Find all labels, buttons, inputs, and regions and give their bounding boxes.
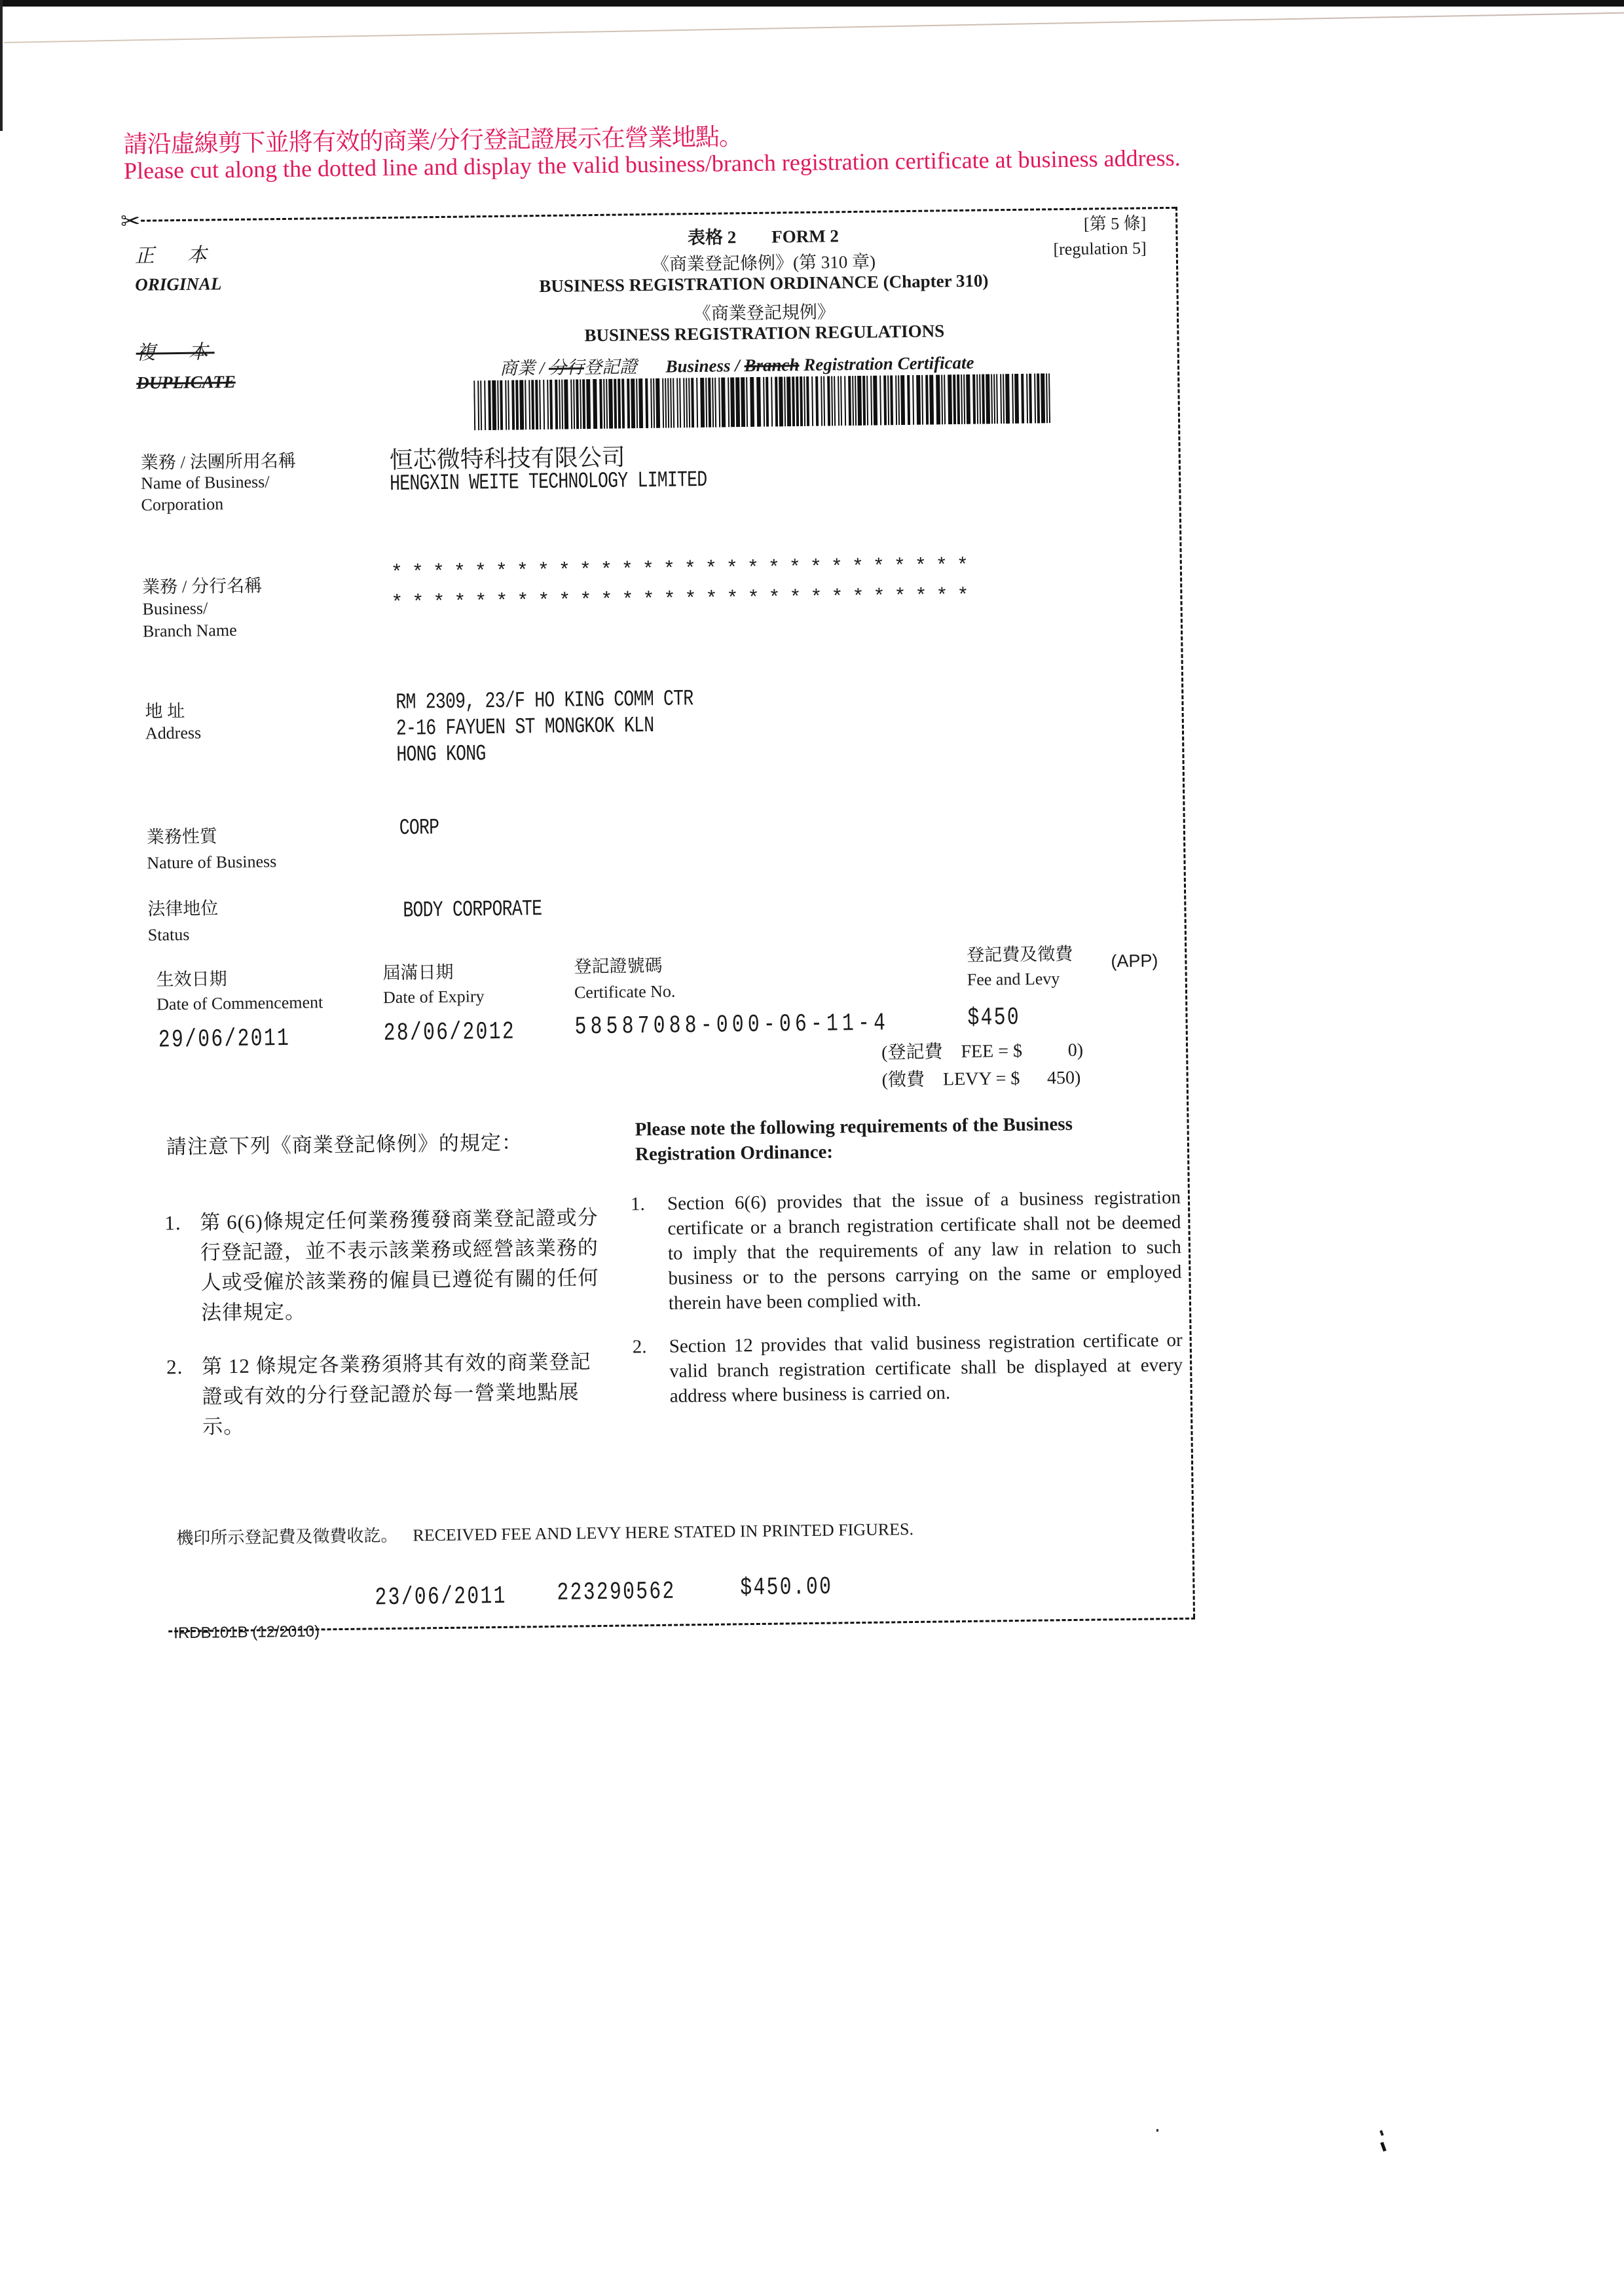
fee-line-label: (登記費 FEE = $ [881, 1041, 1022, 1063]
nature-label-en: Nature of Business [147, 850, 276, 874]
certificate-page: 請沿虛線剪下並將有效的商業/分行登記證展示在營業地點。 Please cut a… [0, 0, 1624, 2296]
regulation-ref-zh: [第 5 條] [1041, 210, 1146, 235]
fee-levy-total: $450 [967, 1004, 1020, 1032]
note-en-2-text: Section 12 provides that valid business … [669, 1328, 1183, 1409]
note-en-2: 2. Section 12 provides that valid busine… [633, 1328, 1183, 1410]
status-label-en: Status [148, 924, 190, 947]
note-en-2-num: 2. [633, 1334, 670, 1410]
cert-title-zh-business: 商業 / [500, 358, 549, 378]
levy-value: 450) [1024, 1068, 1080, 1089]
fee-value: 0) [1027, 1040, 1083, 1062]
certificate-no-label-en: Certificate No. [574, 981, 676, 1004]
fee-levy-label-zh: 登記費及徵費 [967, 943, 1073, 966]
note-en-1-num: 1. [631, 1192, 669, 1317]
note-en-1: 1. Section 6(6) provides that the issue … [631, 1185, 1182, 1317]
scan-speck [1156, 2129, 1158, 2132]
branch-label-en-1: Business/ [142, 597, 208, 620]
receipt-number: 223290562 [557, 1578, 676, 1607]
address-line-1: RM 2309, 23/F HO KING COMM CTR [396, 687, 693, 716]
certificate-no-label-zh: 登記證號碼 [574, 955, 662, 978]
status-value: BODY CORPORATE [403, 897, 542, 924]
cut-line-right [1175, 207, 1195, 1618]
original-label-zh: 正 本 [134, 238, 213, 268]
nature-value: CORP [399, 816, 439, 841]
cert-title-en-branch-struck: Branch [744, 355, 799, 375]
original-label-en: ORIGINAL [135, 274, 221, 295]
name-label-en-1: Name of Business/ [141, 471, 270, 494]
cert-title-zh-branch-struck: 分行 [549, 357, 584, 378]
cert-title-en-business: Business / [665, 355, 744, 376]
commencement-date: 29/06/2011 [158, 1025, 291, 1055]
scissors-icon: ✂ [120, 208, 141, 235]
branch-label-zh: 業務 / 分行名稱 [142, 574, 262, 598]
business-name-en: HENGXIN WEITE TECHNOLOGY LIMITED [390, 468, 707, 497]
address-line-2: 2-16 FAYUEN ST MONGKOK KLN [396, 714, 654, 742]
cert-title-zh-suffix: 登記證 [584, 357, 637, 377]
note-zh-2-text: 第 12 條規定各業務須將其有效的商業登記證或有效的分行登記證於每一營業地點展示… [202, 1347, 613, 1442]
levy-line-label: (徵費 LEVY = $ [881, 1068, 1020, 1091]
name-label-zh: 業務 / 法團所用名稱 [141, 450, 296, 474]
branch-name-line-1: **************************** [391, 555, 978, 585]
address-line-3: HONG KONG [396, 742, 486, 768]
receipt-amount: $450.00 [740, 1573, 832, 1603]
note-zh-1-text: 第 6(6)條規定任何業務獲發商業登記證或分行登記證，並不表示該業務或經營該業務… [200, 1203, 611, 1328]
barcode [473, 373, 1050, 430]
note-zh-2: 2. 第 12 條規定各業務須將其有效的商業登記證或有效的分行登記證於每一營業地… [166, 1347, 613, 1443]
app-tag: (APP) [1111, 951, 1158, 972]
commencement-label-en: Date of Commencement [157, 991, 323, 1015]
branch-name-line-2: **************************** [391, 585, 978, 615]
nature-label-zh: 業務性質 [147, 825, 217, 848]
address-label-en: Address [145, 722, 202, 745]
address-label-zh: 地 址 [145, 700, 185, 723]
duplicate-label-zh: 複 本 [136, 335, 215, 365]
levy-line: (徵費 LEVY = $ 450) [881, 1063, 1080, 1092]
duplicate-label-en: DUPLICATE [136, 372, 236, 393]
expiry-label-zh: 屆滿日期 [382, 961, 453, 984]
notes-heading-zh: 請注意下列《商業登記條例》的規定： [166, 1127, 523, 1162]
form-code: IRDB101B (12/2010) [174, 1622, 320, 1643]
status-label-zh: 法律地位 [147, 897, 218, 920]
expiry-label-en: Date of Expiry [383, 985, 485, 1009]
note-zh-1: 1. 第 6(6)條規定任何業務獲發商業登記證或分行登記證，並不表示該業務或經營… [164, 1203, 611, 1329]
notes-heading-en: Please note the following requirements o… [635, 1110, 1172, 1167]
receipt-statement-en: RECEIVED FEE AND LEVY HERE STATED IN PRI… [413, 1520, 913, 1545]
note-zh-2-num: 2. [166, 1352, 203, 1443]
name-label-en-2: Corporation [141, 493, 223, 517]
fee-line: (登記費 FEE = $ 0) [881, 1036, 1083, 1065]
cut-line-bottom [168, 1618, 1195, 1633]
branch-label-en-2: Branch Name [143, 619, 237, 643]
receipt-date: 23/06/2011 [375, 1582, 507, 1613]
note-en-1-text: Section 6(6) provides that the issue of … [667, 1185, 1182, 1316]
receipt-statement: 機印所示登記費及徵費收訖。 RECEIVED FEE AND LEVY HERE… [176, 1516, 913, 1549]
fee-levy-label-en: Fee and Levy [967, 968, 1060, 991]
certificate-number: 58587088-000-06-11-4 [574, 1009, 889, 1041]
expiry-date: 28/06/2012 [383, 1018, 515, 1048]
commencement-label-zh: 生效日期 [156, 968, 227, 991]
receipt-statement-zh: 機印所示登記費及徵費收訖。 [176, 1526, 397, 1548]
note-zh-1-num: 1. [164, 1208, 201, 1329]
cert-title-en-suffix: Registration Certificate [799, 353, 974, 374]
